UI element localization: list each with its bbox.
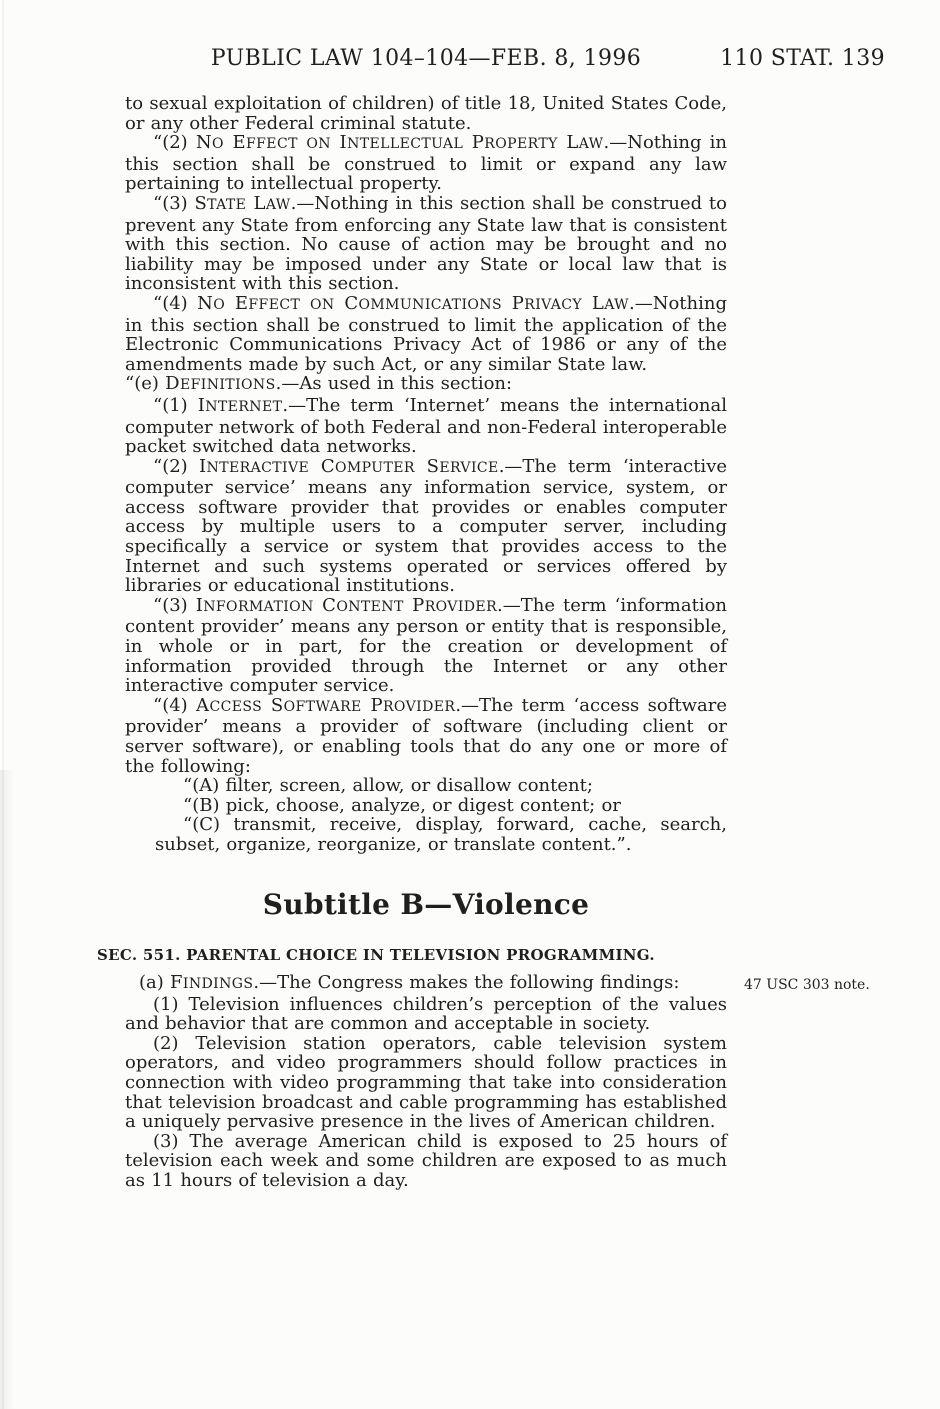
sec551-paragraph-4: (3) The average American child is expose… — [125, 1132, 727, 1191]
running-head: PUBLIC LAW 104–104—FEB. 8, 1996 110 STAT… — [125, 46, 885, 74]
margin-note: 47 USC 303 note. — [744, 977, 904, 993]
running-head-title: PUBLIC LAW 104–104—FEB. 8, 1996 — [125, 46, 727, 71]
section-text-block: (a) FINDINGS.—The Congress makes the fol… — [97, 973, 727, 1191]
paragraph-7: “(2) INTERACTIVE COMPUTER SERVICE.—The t… — [125, 457, 727, 596]
paragraph-9: “(4) ACCESS SOFTWARE PROVIDER.—The term … — [125, 696, 727, 776]
paragraph-3: “(3) STATE LAW.—Nothing in this section … — [125, 194, 727, 294]
sec551-paragraph-2: (1) Television influences children’s per… — [125, 995, 727, 1034]
paragraph-10: “(A) filter, screen, allow, or disallow … — [155, 776, 727, 796]
statute-text-block: to sexual exploitation of children) of t… — [97, 94, 727, 855]
paragraph-6: “(1) INTERNET.—The term ‘Internet’ means… — [125, 396, 727, 457]
paragraph-1: to sexual exploitation of children) of t… — [125, 94, 727, 133]
running-head-page-number: 110 STAT. 139 — [720, 46, 885, 71]
sec551-paragraph-1: (a) FINDINGS.—The Congress makes the fol… — [125, 973, 727, 995]
paragraph-12: “(C) transmit, receive, display, forward… — [155, 815, 727, 854]
paragraph-4: “(4) NO EFFECT ON COMMUNICATIONS PRIVACY… — [125, 294, 727, 374]
paragraph-8: “(3) INFORMATION CONTENT PROVIDER.—The t… — [125, 596, 727, 696]
paragraph-5: “(e) DEFINITIONS.—As used in this sectio… — [125, 374, 727, 396]
paragraph-11: “(B) pick, choose, analyze, or digest co… — [155, 796, 727, 816]
section-heading: SEC. 551. PARENTAL CHOICE IN TELEVISION … — [97, 946, 737, 964]
sec551-paragraph-3: (2) Television station operators, cable … — [125, 1034, 727, 1132]
statute-page: PUBLIC LAW 104–104—FEB. 8, 1996 110 STAT… — [0, 0, 940, 1409]
paragraph-2: “(2) NO EFFECT ON INTELLECTUAL PROPERTY … — [125, 133, 727, 194]
subtitle-heading: Subtitle B—Violence — [125, 888, 727, 921]
